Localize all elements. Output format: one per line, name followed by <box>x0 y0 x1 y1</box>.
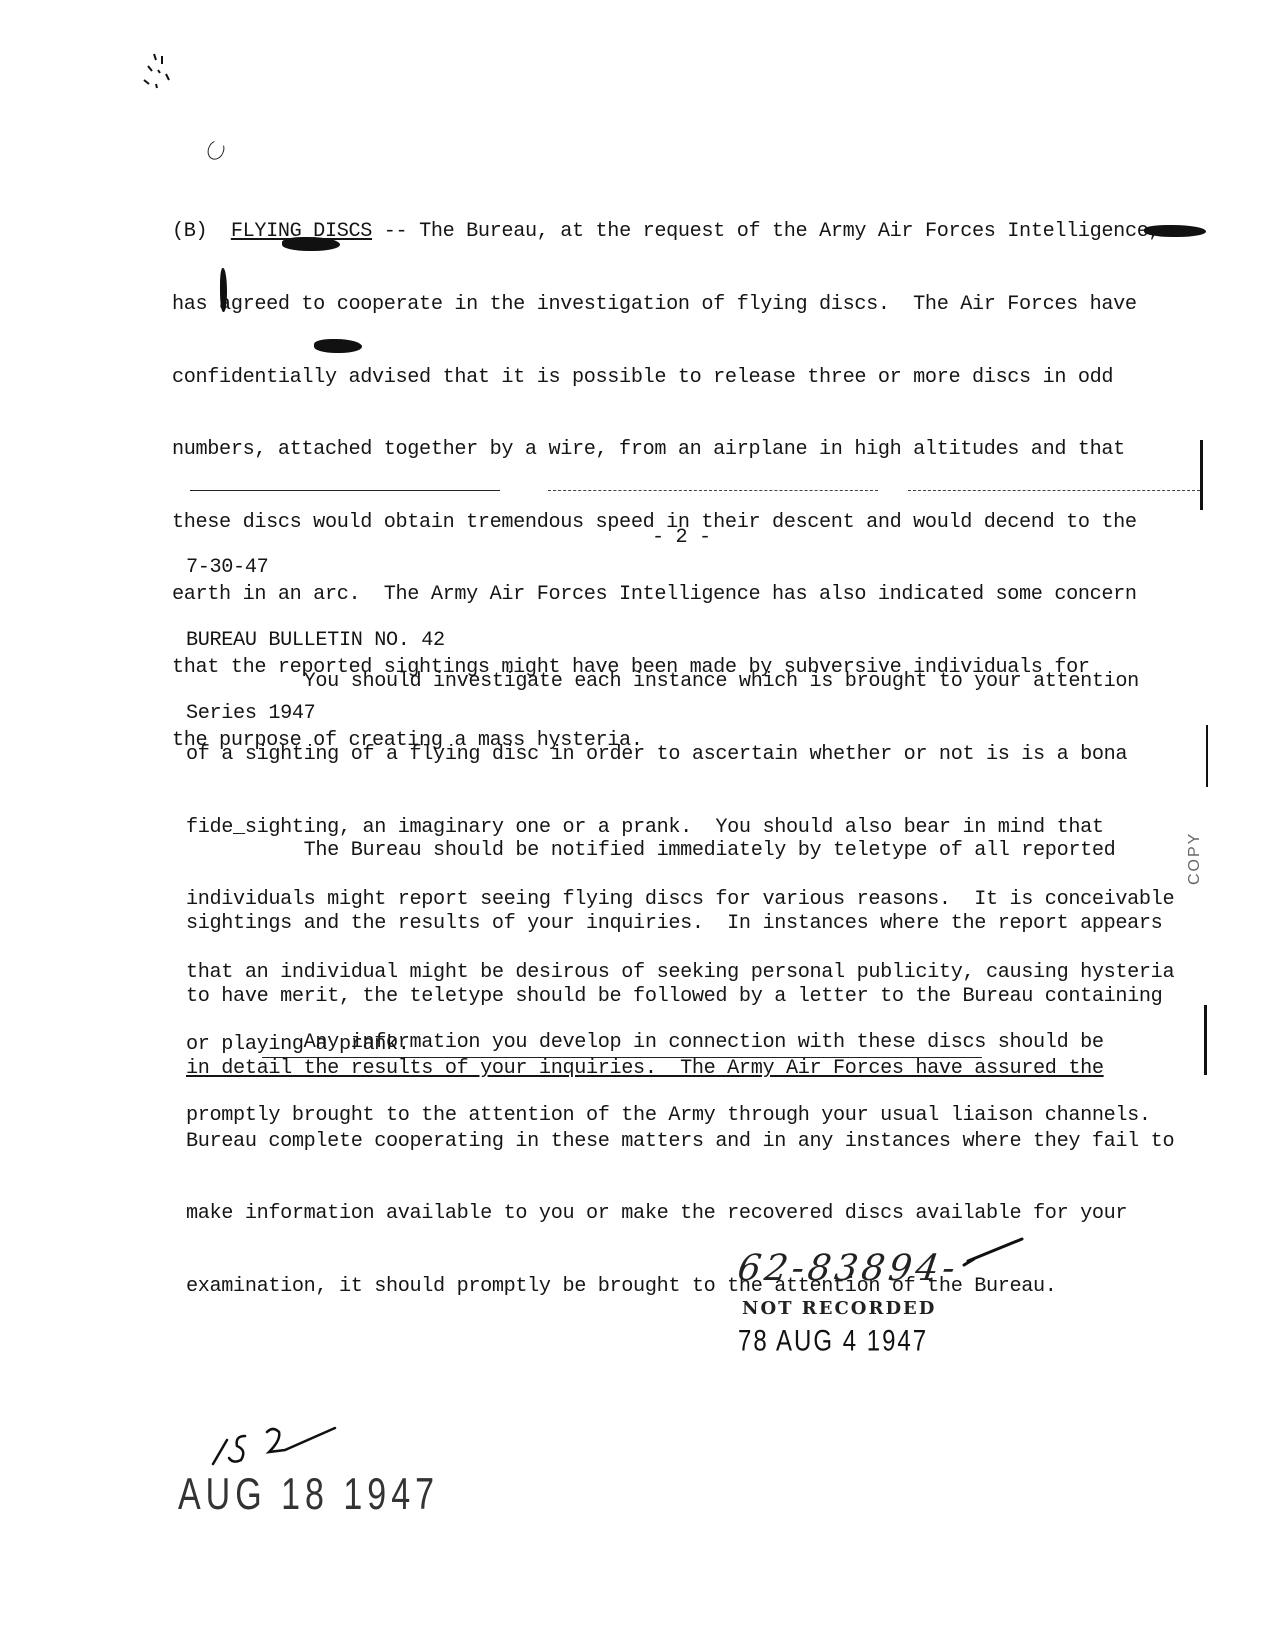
section-b-line: confidentially advised that it is possib… <box>172 366 1160 390</box>
file-number-handwritten: 62-83894- <box>735 1248 961 1289</box>
scan-artifact-marks <box>142 52 182 97</box>
handwritten-circle-mark <box>205 138 228 163</box>
received-date-stamp: AUG 18 1947 <box>178 1470 439 1521</box>
margin-bracket <box>1200 440 1203 510</box>
ink-blot <box>1144 225 1206 237</box>
divider-line <box>190 490 500 491</box>
divider-line <box>548 490 878 491</box>
margin-bracket <box>1204 1005 1207 1075</box>
margin-stamp: COPY <box>1186 765 1204 885</box>
section-b-line: numbers, attached together by a wire, fr… <box>172 438 1160 462</box>
recorded-date-stamp: 78 AUG 4 1947 <box>738 1324 928 1359</box>
margin-bracket <box>1206 725 1208 787</box>
page-number: - 2 - <box>652 526 711 550</box>
handwritten-number <box>205 1422 355 1467</box>
header-date: 7-30-47 <box>186 556 445 580</box>
section-b-line: has agreed to cooperate in the investiga… <box>172 293 1160 317</box>
ink-blot <box>282 237 340 251</box>
paragraph-3: Any information you develop in connectio… <box>186 983 1151 1152</box>
recorded-stamp: NOT RECORDED <box>742 1298 936 1319</box>
section-label: (B) <box>172 220 207 243</box>
ink-blot <box>220 268 227 312</box>
ink-blot <box>314 339 362 353</box>
checkmark-icon <box>960 1235 1024 1275</box>
divider-line <box>908 490 1200 491</box>
divider-line <box>262 1057 982 1058</box>
